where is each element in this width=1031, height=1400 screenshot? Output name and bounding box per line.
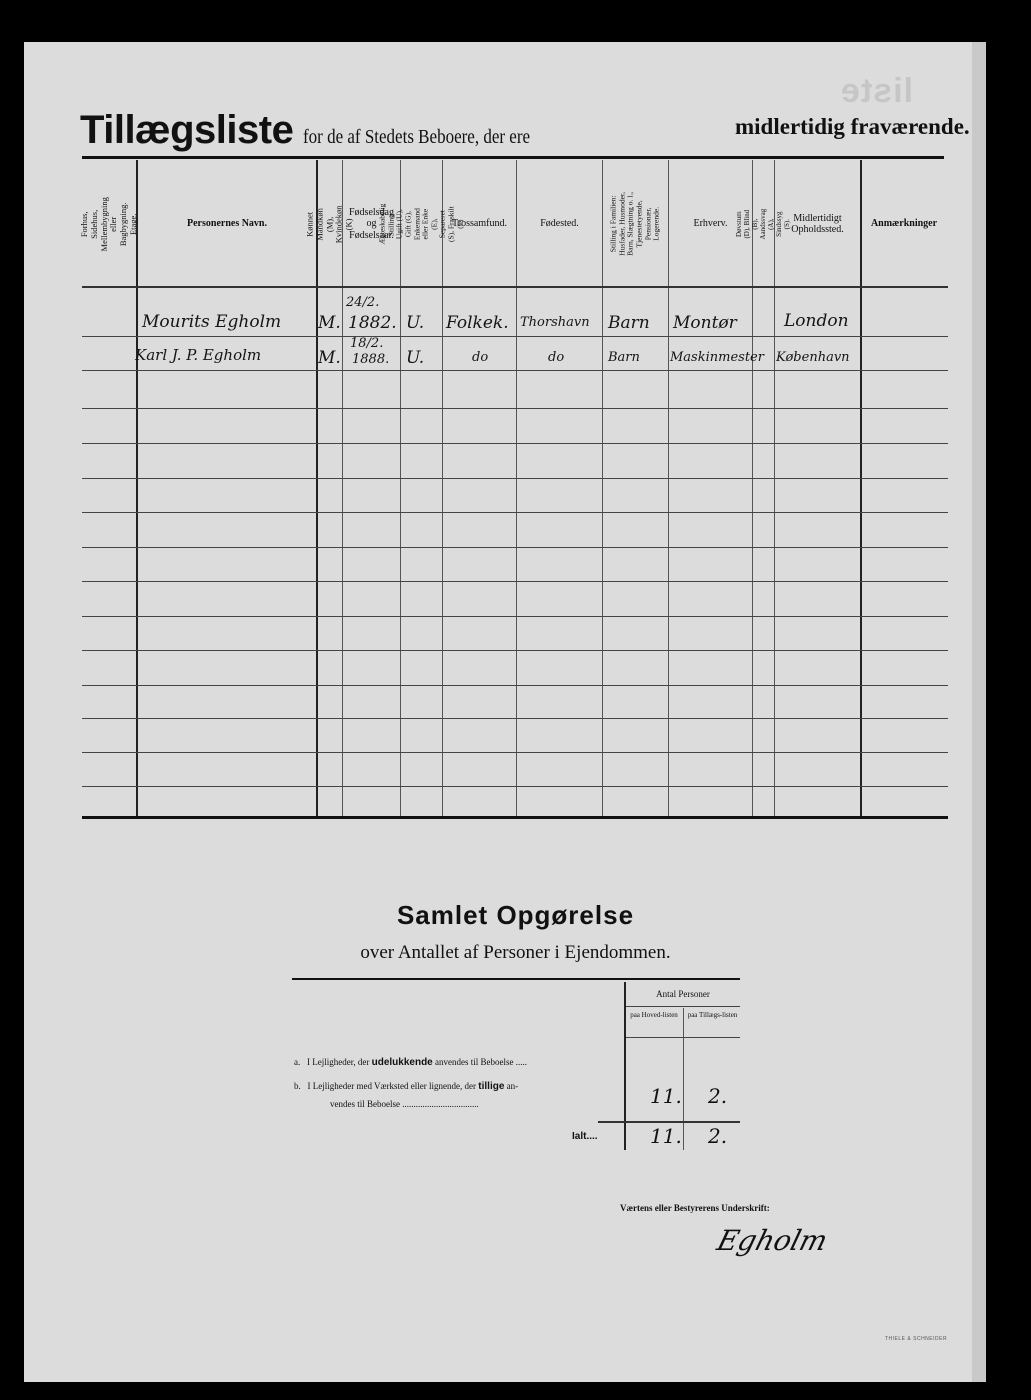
form-title: Tillægsliste for de af Stedets Beboere, …: [80, 108, 950, 153]
summary-total-main: 11.: [650, 1124, 682, 1148]
cell-temp-residence: København: [776, 350, 850, 365]
col-header-disability: Døvstum (D), Blind (B), Aandssvag (A), S…: [753, 162, 774, 286]
summary-title: Samlet Opgørelse: [0, 900, 1031, 931]
row-line: [82, 547, 948, 548]
row-line: [82, 581, 948, 582]
summary-total-supp: 2.: [708, 1124, 727, 1148]
summary-top-rule: [292, 978, 740, 980]
summary-b-supp: 2.: [708, 1084, 727, 1108]
summary-row-b: b. I Lejligheder med Værksted eller lign…: [294, 1081, 518, 1092]
summary-col-divider: [624, 982, 626, 1150]
bleed-through-text: liste: [840, 72, 913, 111]
header-top-rule: [82, 156, 944, 159]
col-header-family-role: Stilling i Familien: Husfader, Husmoder,…: [603, 162, 668, 286]
cell-birth-day: 24/2.: [346, 295, 379, 310]
cell-sex: M.: [318, 348, 341, 368]
cell-birthplace: do: [548, 350, 564, 365]
col-header-birthplace: Fødested.: [517, 162, 602, 286]
cell-birth-day: 18/2.: [350, 336, 383, 351]
row-line: [82, 370, 948, 371]
col-header-remarks: Anmærkninger: [861, 162, 947, 286]
summary-total-label: Ialt....: [572, 1131, 598, 1142]
cell-family-role: Barn: [608, 313, 650, 333]
row-line: [82, 685, 948, 686]
cell-name: Karl J. P. Egholm: [135, 346, 261, 364]
summary-header: Antal Personer: [626, 990, 740, 1000]
row-line: [82, 336, 948, 337]
title-middle: for de af Stedets Beboere, der ere: [303, 126, 530, 149]
summary-col-divider: [683, 1008, 684, 1150]
cell-marital: U.: [406, 313, 424, 333]
cell-occupation: Maskinmester: [670, 350, 764, 365]
row-line: [82, 512, 948, 513]
summary-rule: [626, 1037, 740, 1038]
summary-total-rule: [598, 1121, 740, 1123]
row-line: [82, 408, 948, 409]
row-line: [82, 478, 948, 479]
cell-name: Mourits Egholm: [142, 312, 281, 332]
summary-row-b-cont: vendes til Beboelse ....................…: [330, 1099, 479, 1109]
cell-religion: Folkek.: [446, 313, 509, 333]
summary-rule: [626, 1006, 740, 1007]
cell-occupation: Montør: [673, 313, 737, 333]
row-line: [82, 616, 948, 617]
title-bold: midlertidig fraværende.: [735, 114, 970, 140]
summary-col1-header: paa Hoved-listen: [626, 1012, 682, 1020]
row-line: [82, 752, 948, 753]
summary-col2-header: paa Tillægs-listen: [685, 1012, 740, 1020]
table-bottom-rule: [82, 816, 948, 819]
signature: Egholm: [714, 1224, 832, 1257]
col-header-marital: Ægteskabelig Stilling: Ugift (U), Gift (…: [401, 162, 442, 286]
cell-temp-residence: London: [784, 311, 849, 331]
row-line: [82, 443, 948, 444]
col-header-temp-residence: Midlertidigt Opholdssted.: [775, 162, 860, 286]
summary-b-main: 11.: [650, 1084, 682, 1108]
row-line: [82, 718, 948, 719]
printer-mark: THIELE & SCHNEIDER: [885, 1336, 947, 1342]
cell-marital: U.: [406, 348, 424, 368]
header-bottom-rule: [82, 286, 948, 288]
col-header-sex: Kønnet Mandkøn (M), Kvindekøn (K): [318, 162, 342, 286]
col-header-religion: Trossamfund.: [443, 162, 516, 286]
cell-birthplace: Thorshavn: [520, 315, 590, 330]
row-line: [82, 650, 948, 651]
cell-birth-year: 1882.: [348, 313, 397, 333]
cell-family-role: Barn: [608, 350, 640, 365]
col-header-name: Personernes Navn.: [138, 162, 316, 286]
cell-sex: M.: [318, 313, 341, 333]
signature-label: Værtens eller Bestyrerens Underskrift:: [620, 1203, 770, 1213]
page-edge: [972, 42, 986, 1382]
col-header-building: Forhus, Sidehus, Mellembygning eller Bag…: [82, 162, 136, 286]
cell-birth-year: 1888.: [352, 352, 389, 367]
row-line: [82, 786, 948, 787]
summary-row-a: a. I Lejligheder, der udelukkende anvend…: [294, 1057, 527, 1068]
cell-religion: do: [472, 350, 488, 365]
title-main: Tillægsliste: [80, 108, 293, 152]
summary-subtitle: over Antallet af Personer i Ejendommen.: [0, 942, 1031, 964]
